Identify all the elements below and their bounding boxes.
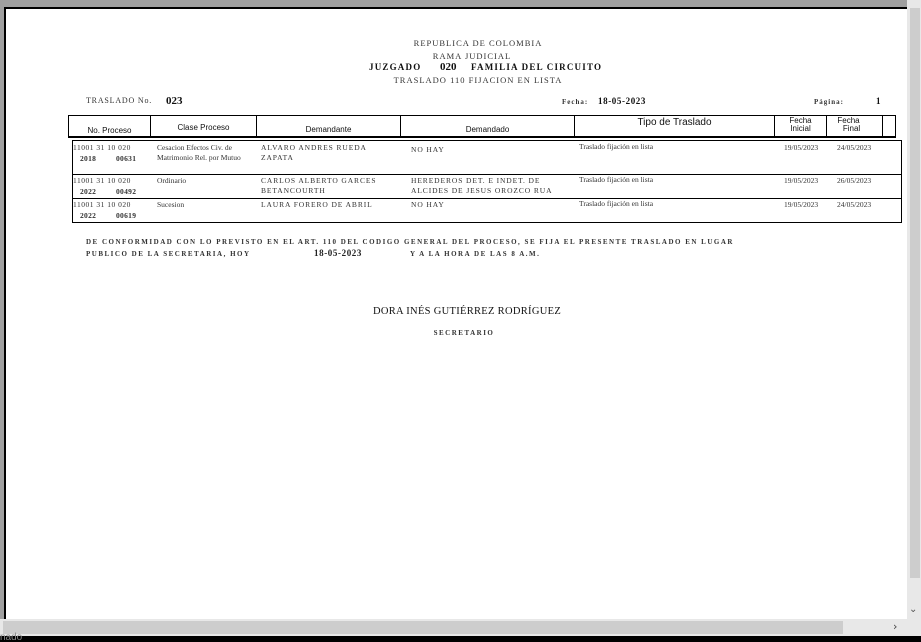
demandado: NO HAY (411, 200, 445, 210)
pagina-value: 1 (876, 96, 881, 106)
col-demandado: Demandado (401, 116, 575, 136)
tipo-traslado: Traslado fijación en lista (579, 142, 653, 152)
horizontal-scroll-thumb[interactable] (3, 621, 843, 634)
demandado: HEREDEROS DET. E INDET. DE ALCIDES DE JE… (411, 176, 571, 196)
document-viewport: REPUBLICA DE COLOMBIA RAMA JUDICIAL JUZG… (4, 7, 907, 619)
proceso-number: 00619 (116, 211, 136, 221)
demandante: CARLOS ALBERTO GARCES BETANCOURTH (261, 176, 401, 196)
fecha-label: Fecha: (562, 98, 588, 106)
signature-role: SECRETARIO (434, 329, 495, 337)
pagina-label: Página: (814, 98, 844, 106)
table-row: 11001 31 10 020 2022 00492 Ordinario CAR… (73, 175, 901, 199)
tipo-traslado: Traslado fijación en lista (579, 175, 653, 185)
scrollbar-corner (907, 622, 921, 636)
header-juzgado-name: FAMILIA DEL CIRCUITO (471, 62, 602, 72)
proceso-code: 11001 31 10 020 (73, 143, 131, 153)
clase-proceso: Cesacion Efectos Civ. de Matrimonio Rel.… (157, 143, 257, 163)
signature-name: DORA INÉS GUTIÉRREZ RODRÍGUEZ (373, 306, 561, 317)
col-spacer (883, 116, 895, 136)
bottom-strip: nado (0, 636, 921, 642)
clase-proceso: Sucesion (157, 200, 184, 210)
demandante: ALVARO ANDRES RUEDA ZAPATA (261, 143, 391, 163)
fecha-final: 24/05/2023 (837, 200, 871, 210)
fecha-inicial: 19/05/2023 (784, 143, 818, 153)
table-row: 11001 31 10 020 2018 00631 Cesacion Efec… (73, 141, 901, 175)
notice-date: 18-05-2023 (314, 248, 362, 258)
header-traslado-title: TRASLADO 110 FIJACION EN LISTA (394, 75, 563, 85)
vertical-scrollbar[interactable]: ⌄ (907, 0, 921, 622)
tipo-traslado: Traslado fijación en lista (579, 199, 653, 209)
table-header: No. Proceso Clase Proceso Demandante Dem… (68, 115, 896, 138)
table-body: 11001 31 10 020 2018 00631 Cesacion Efec… (72, 140, 902, 223)
demandado: NO HAY (411, 145, 571, 155)
fecha-inicial: 19/05/2023 (784, 200, 818, 210)
col-tipo-traslado: Tipo de Traslado (575, 116, 775, 136)
horizontal-scrollbar[interactable]: › (0, 619, 907, 636)
header-juzgado-number: 020 (440, 61, 457, 73)
vertical-scroll-thumb[interactable] (910, 8, 920, 578)
col-demandante: Demandante (257, 116, 401, 136)
scroll-right-icon[interactable]: › (893, 620, 897, 633)
fecha-inicial: 19/05/2023 (784, 176, 818, 186)
notice-line-2-prefix: PUBLICO DE LA SECRETARIA, HOY (86, 250, 251, 258)
proceso-number: 00492 (116, 187, 136, 197)
bottom-clipped-text: nado (0, 632, 22, 642)
proceso-code: 11001 31 10 020 (73, 200, 131, 210)
fecha-final: 26/05/2023 (837, 176, 871, 186)
proceso-code: 11001 31 10 020 (73, 176, 131, 186)
demandante: LAURA FORERO DE ABRIL (261, 200, 373, 210)
col-fecha-final: Fecha Final (827, 116, 883, 136)
fecha-value: 18-05-2023 (598, 96, 646, 106)
notice-line-2-suffix: Y A LA HORA DE LAS 8 A.M. (410, 250, 540, 258)
clase-proceso: Ordinario (157, 176, 186, 186)
header-republica: REPUBLICA DE COLOMBIA (414, 38, 543, 48)
proceso-year: 2022 (80, 211, 96, 221)
viewer-top-bar (0, 0, 906, 7)
traslado-number-label: TRASLADO No. (86, 96, 152, 105)
header-rama: RAMA JUDICIAL (433, 51, 511, 61)
proceso-number: 00631 (116, 154, 136, 164)
col-no-proceso: No. Proceso (69, 116, 151, 136)
fecha-final: 24/05/2023 (837, 143, 871, 153)
traslado-number-value: 023 (166, 95, 183, 107)
proceso-year: 2022 (80, 187, 96, 197)
proceso-year: 2018 (80, 154, 96, 164)
scroll-down-icon[interactable]: ⌄ (909, 604, 917, 615)
header-juzgado-label: JUZGADO (369, 62, 421, 72)
table-row: 11001 31 10 020 2022 00619 Sucesion LAUR… (73, 199, 901, 222)
notice-line-1: DE CONFORMIDAD CON LO PREVISTO EN EL ART… (86, 238, 734, 246)
col-clase-proceso: Clase Proceso (151, 116, 257, 136)
